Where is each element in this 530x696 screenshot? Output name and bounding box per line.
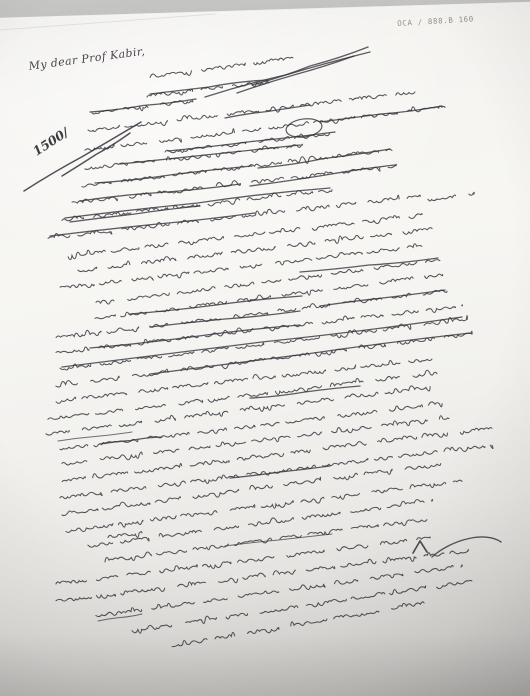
ink-stroke xyxy=(130,296,302,314)
ink-stroke xyxy=(432,537,501,557)
ink-stroke xyxy=(62,133,130,176)
ink-stroke xyxy=(65,188,330,218)
ink-stroke xyxy=(120,145,300,164)
ink-stroke xyxy=(0,3,530,19)
ink-stroke xyxy=(82,149,392,187)
ink-stroke xyxy=(108,532,142,538)
ink-stroke xyxy=(172,602,424,647)
ink-stroke xyxy=(168,132,335,151)
ink-stroke xyxy=(56,359,432,403)
manuscript-photo: My dear Prof Kabir, 1500/ OCA / 888.B 16… xyxy=(0,0,530,696)
ink-stroke xyxy=(300,258,438,272)
ink-stroke xyxy=(205,52,370,97)
ink-stroke xyxy=(100,437,162,444)
handwriting-layer xyxy=(0,0,530,696)
ink-stroke xyxy=(258,149,390,168)
ink-stroke xyxy=(413,541,427,553)
ink-stroke xyxy=(58,432,132,441)
ink-stroke xyxy=(62,416,449,465)
ink-stroke xyxy=(0,14,215,30)
ink-stroke xyxy=(250,165,395,186)
ink-stroke xyxy=(88,92,415,132)
ink-stroke xyxy=(230,466,330,478)
ink-stroke xyxy=(250,386,360,398)
ink-stroke xyxy=(237,56,354,93)
ink-stroke xyxy=(62,190,332,221)
ink-stroke xyxy=(428,192,474,201)
ink-stroke xyxy=(150,57,293,77)
ink-stroke xyxy=(70,206,200,222)
ink-stroke xyxy=(80,184,240,201)
ink-stroke xyxy=(150,311,300,327)
ink-stroke xyxy=(150,80,268,94)
ink-stroke xyxy=(95,166,252,183)
ink-stroke xyxy=(320,290,445,306)
